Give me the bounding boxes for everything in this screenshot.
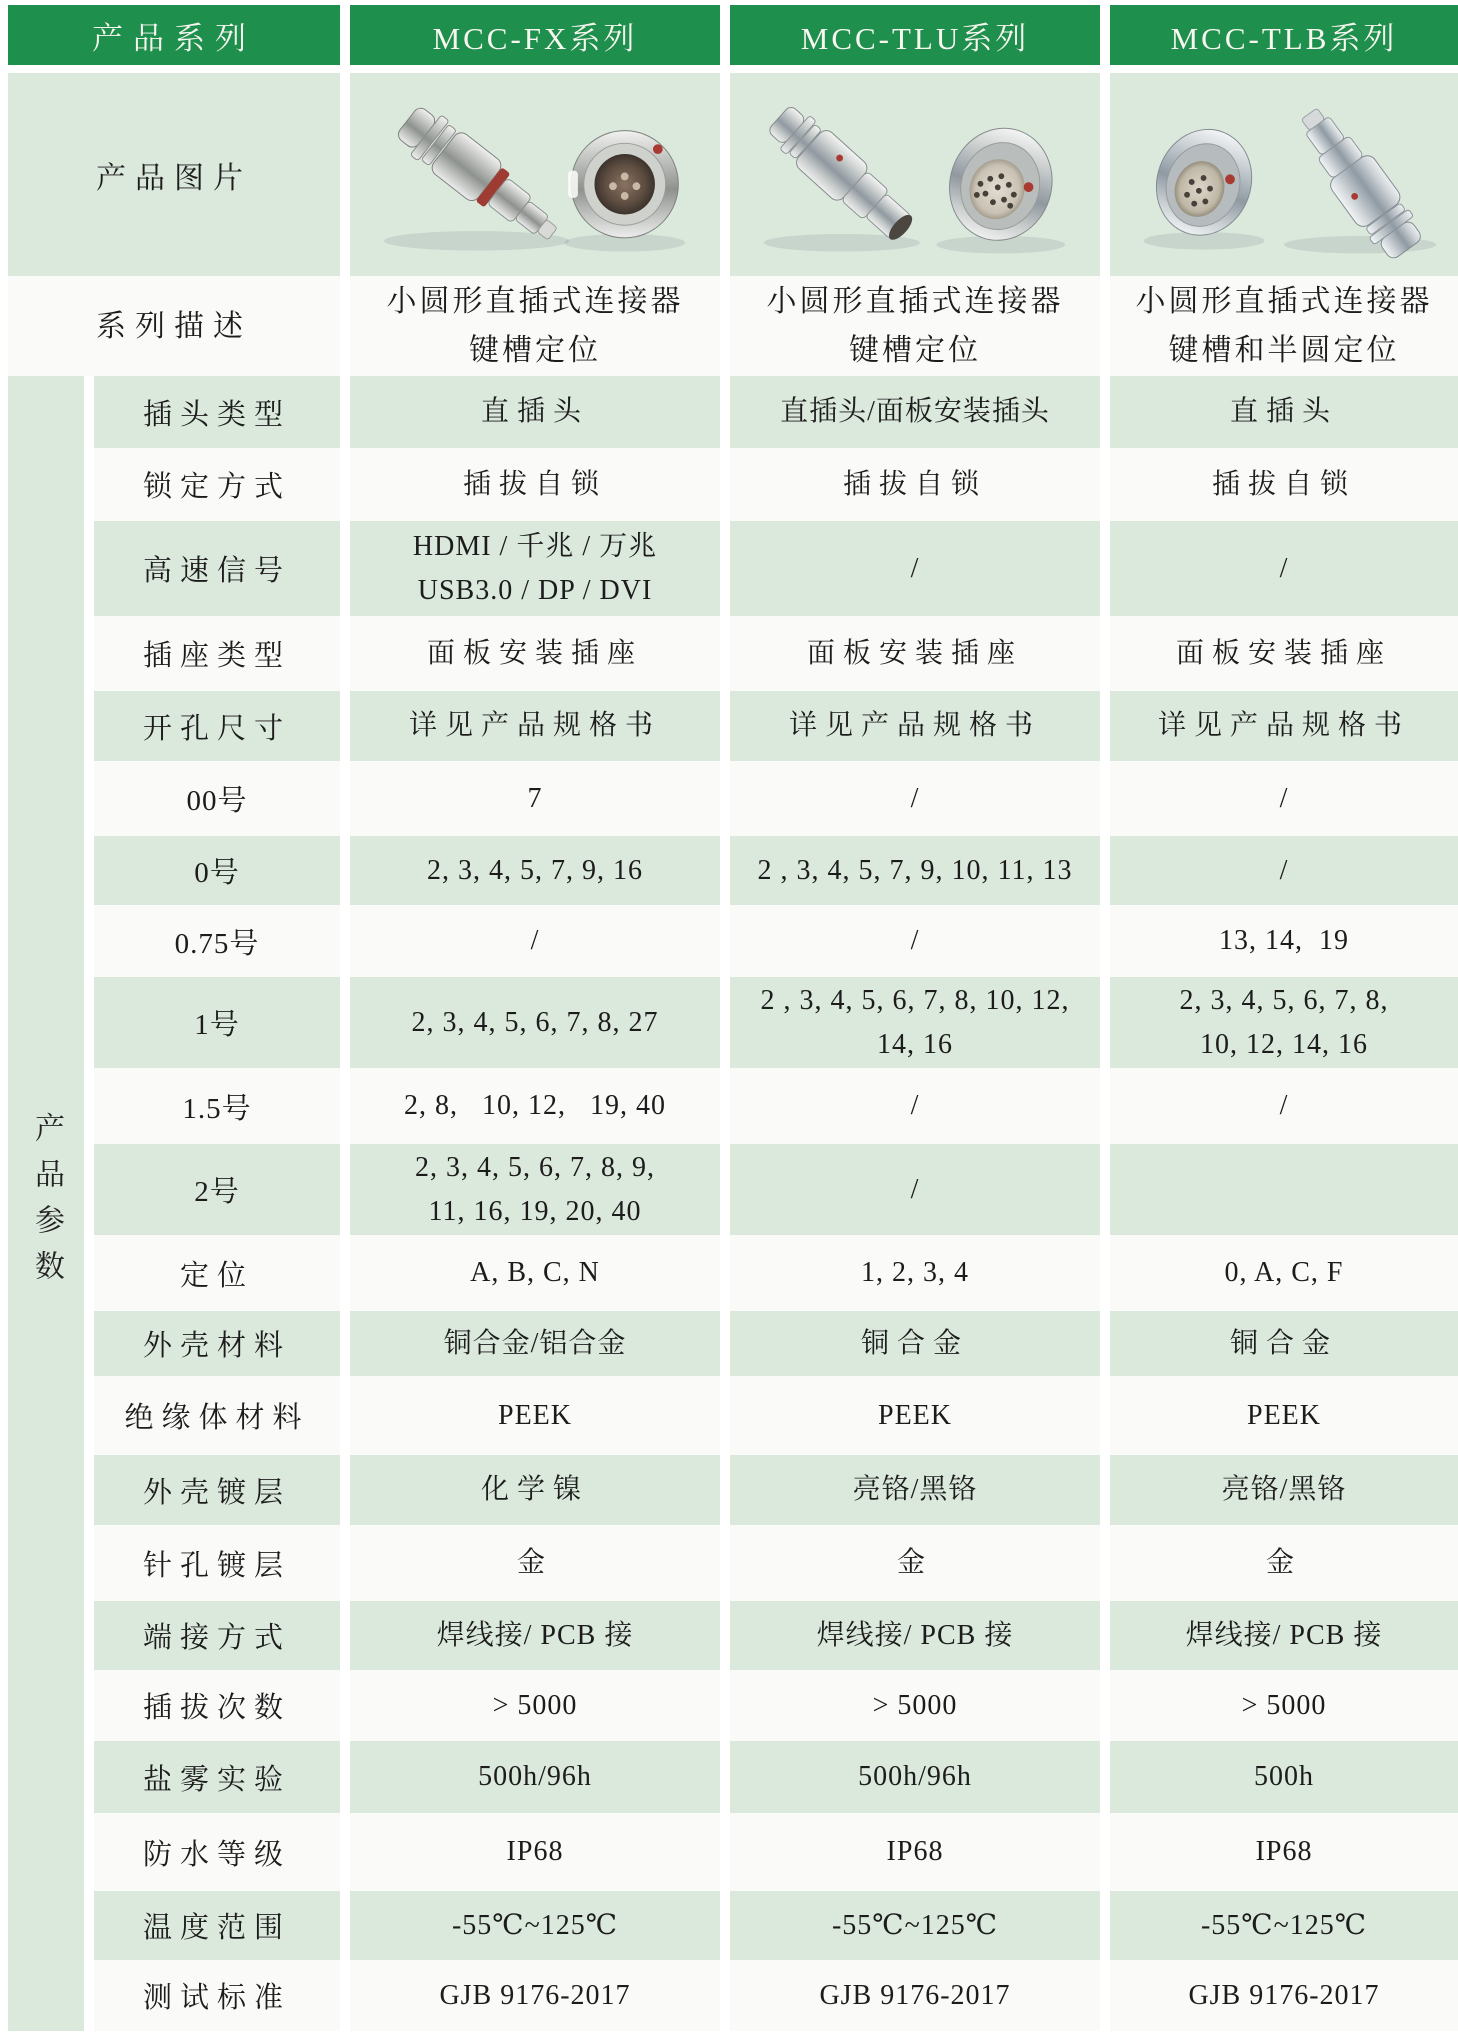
- param-value: 500h/96h: [350, 1741, 720, 1813]
- param-value: 化学镍: [350, 1455, 720, 1525]
- param-label: 0.75号: [94, 905, 340, 977]
- table-row: 绝缘体材料PEEKPEEKPEEK: [94, 1376, 1458, 1455]
- param-label: 0号: [94, 836, 340, 905]
- mcc-tlb-product-photo: [1110, 73, 1458, 276]
- param-value: -55℃~125℃: [350, 1891, 720, 1960]
- param-label: 外壳材料: [94, 1311, 340, 1376]
- param-value: 1, 2, 3, 4: [730, 1235, 1100, 1311]
- fx-receptacle: [568, 131, 678, 238]
- param-value: 2, 3, 4, 5, 6, 7, 8, 9, 11, 16, 19, 20, …: [350, 1144, 720, 1235]
- table-row: 外壳材料铜合金/铝合金铜合金铜合金: [94, 1311, 1458, 1376]
- table-row: 外壳镀层化学镍亮铬/黑铬亮铬/黑铬: [94, 1455, 1458, 1525]
- param-value: 2, 3, 4, 5, 6, 7, 8, 27: [350, 977, 720, 1068]
- param-label: 针孔镀层: [94, 1525, 340, 1601]
- side-label-text: 产品参数: [24, 1112, 68, 1296]
- desc-mcc-tlu: 小圆形直插式连接器 键槽定位: [730, 276, 1100, 376]
- table-row: 高速信号HDMI / 千兆 / 万兆 USB3.0 / DP / DVI//: [94, 521, 1458, 616]
- param-value: /: [1110, 521, 1458, 616]
- table-row: 开孔尺寸详见产品规格书详见产品规格书详见产品规格书: [94, 691, 1458, 761]
- param-value: PEEK: [730, 1376, 1100, 1455]
- param-value: 详见产品规格书: [350, 691, 720, 761]
- param-label: 防水等级: [94, 1813, 340, 1891]
- param-value: GJB 9176-2017: [1110, 1960, 1458, 2031]
- param-value: /: [730, 761, 1100, 836]
- param-label: 插拔次数: [94, 1670, 340, 1741]
- param-value: 2 , 3, 4, 5, 6, 7, 8, 10, 12, 14, 16: [730, 977, 1100, 1068]
- param-value: 面板安装插座: [1110, 616, 1458, 691]
- param-value: 2, 3, 4, 5, 7, 9, 16: [350, 836, 720, 905]
- param-value: 500h/96h: [730, 1741, 1100, 1813]
- param-value: 2, 8, 10, 12, 19, 40: [350, 1068, 720, 1144]
- param-label: 绝缘体材料: [94, 1376, 340, 1455]
- param-value: 0, A, C, F: [1110, 1235, 1458, 1311]
- table-row: 针孔镀层金金金: [94, 1525, 1458, 1601]
- param-value: > 5000: [730, 1670, 1100, 1741]
- param-value: 插拔自锁: [350, 448, 720, 521]
- param-value: 金: [1110, 1525, 1458, 1601]
- param-value: /: [730, 1068, 1100, 1144]
- param-value: /: [350, 905, 720, 977]
- param-label: 温度范围: [94, 1891, 340, 1960]
- table-row: 盐雾实验500h/96h500h/96h500h: [94, 1741, 1458, 1813]
- param-value: [1110, 1144, 1458, 1235]
- mcc-fx-connector-image: [355, 77, 715, 272]
- table-row: 定位A, B, C, N1, 2, 3, 40, A, C, F: [94, 1235, 1458, 1311]
- param-value: > 5000: [1110, 1670, 1458, 1741]
- param-value: 焊线接/ PCB 接: [730, 1601, 1100, 1670]
- mcc-tlb-connector-image: [1110, 77, 1458, 272]
- param-value: /: [730, 1144, 1100, 1235]
- param-value: 2, 3, 4, 5, 6, 7, 8, 10, 12, 14, 16: [1110, 977, 1458, 1068]
- mcc-fx-product-photo: [350, 73, 720, 276]
- table-row: 1号2, 3, 4, 5, 6, 7, 8, 272 , 3, 4, 5, 6,…: [94, 977, 1458, 1068]
- param-value: /: [730, 521, 1100, 616]
- param-value: /: [730, 905, 1100, 977]
- spec-table: 产品系列 MCC-FX系列 MCC-TLU系列 MCC-TLB系列 产品图片: [0, 0, 1458, 2031]
- param-label: 1.5号: [94, 1068, 340, 1144]
- param-value: 13, 14, 19: [1110, 905, 1458, 977]
- param-value: /: [1110, 836, 1458, 905]
- table-row: 插座类型面板安装插座面板安装插座面板安装插座: [94, 616, 1458, 691]
- param-value: HDMI / 千兆 / 万兆 USB3.0 / DP / DVI: [350, 521, 720, 616]
- table-row: 端接方式焊线接/ PCB 接焊线接/ PCB 接焊线接/ PCB 接: [94, 1601, 1458, 1670]
- param-label: 定位: [94, 1235, 340, 1311]
- param-value: 亮铬/黑铬: [730, 1455, 1100, 1525]
- table-row: 插拔次数> 5000> 5000> 5000: [94, 1670, 1458, 1741]
- param-value: 金: [350, 1525, 720, 1601]
- table-row: 测试标准GJB 9176-2017GJB 9176-2017GJB 9176-2…: [94, 1960, 1458, 2031]
- mcc-tlu-product-photo: [730, 73, 1100, 276]
- desc-mcc-tlb: 小圆形直插式连接器 键槽和半圆定位: [1110, 276, 1458, 376]
- table-row: 0.75号//13, 14, 19: [94, 905, 1458, 977]
- param-value: 金: [730, 1525, 1100, 1601]
- param-value: 焊线接/ PCB 接: [350, 1601, 720, 1670]
- param-label: 盐雾实验: [94, 1741, 340, 1813]
- param-label: 锁定方式: [94, 448, 340, 521]
- header-product-series: 产品系列: [8, 5, 340, 65]
- param-value: 500h: [1110, 1741, 1458, 1813]
- tlu-plug: [763, 100, 922, 250]
- side-label-product-parameters: 产品参数: [8, 376, 84, 2031]
- header-mcc-tlu: MCC-TLU系列: [730, 5, 1100, 65]
- param-value: 详见产品规格书: [1110, 691, 1458, 761]
- tlb-receptacle: [1142, 116, 1267, 249]
- param-value: 插拔自锁: [730, 448, 1100, 521]
- param-value: 直插头/面板安装插头: [730, 376, 1100, 448]
- param-value: IP68: [730, 1813, 1100, 1891]
- param-value: 2 , 3, 4, 5, 7, 9, 10, 11, 13: [730, 836, 1100, 905]
- table-row: 2号2, 3, 4, 5, 6, 7, 8, 9, 11, 16, 19, 20…: [94, 1144, 1458, 1235]
- photo-row-label: 产品图片: [8, 73, 340, 276]
- tlu-receptacle: [935, 115, 1066, 254]
- param-label: 插座类型: [94, 616, 340, 691]
- product-photo-row: 产品图片: [8, 73, 1458, 276]
- param-value: 直插头: [350, 376, 720, 448]
- mcc-tlu-connector-image: [735, 77, 1095, 272]
- param-value: /: [1110, 761, 1458, 836]
- param-value: GJB 9176-2017: [730, 1960, 1100, 2031]
- param-label: 插头类型: [94, 376, 340, 448]
- param-value: 详见产品规格书: [730, 691, 1100, 761]
- table-row: 00号7//: [94, 761, 1458, 836]
- param-value: 面板安装插座: [730, 616, 1100, 691]
- param-label: 00号: [94, 761, 340, 836]
- param-value: 面板安装插座: [350, 616, 720, 691]
- table-row: 温度范围-55℃~125℃-55℃~125℃-55℃~125℃: [94, 1891, 1458, 1960]
- param-value: PEEK: [1110, 1376, 1458, 1455]
- param-value: 直插头: [1110, 376, 1458, 448]
- table-row: 防水等级IP68IP68IP68: [94, 1813, 1458, 1891]
- parameter-rows: 插头类型直插头直插头/面板安装插头直插头锁定方式插拔自锁插拔自锁插拔自锁高速信号…: [94, 376, 1458, 2031]
- header-mcc-fx: MCC-FX系列: [350, 5, 720, 65]
- table-row: 锁定方式插拔自锁插拔自锁插拔自锁: [94, 448, 1458, 521]
- param-label: 高速信号: [94, 521, 340, 616]
- param-label: 1号: [94, 977, 340, 1068]
- header-mcc-tlb: MCC-TLB系列: [1110, 5, 1458, 65]
- param-value: A, B, C, N: [350, 1235, 720, 1311]
- desc-row-label: 系列描述: [8, 276, 340, 376]
- param-value: GJB 9176-2017: [350, 1960, 720, 2031]
- param-value: 铜合金: [1110, 1311, 1458, 1376]
- param-label: 2号: [94, 1144, 340, 1235]
- table-row: 1.5号2, 8, 10, 12, 19, 40//: [94, 1068, 1458, 1144]
- fx-plug: [392, 100, 568, 253]
- param-value: -55℃~125℃: [730, 1891, 1100, 1960]
- param-value: 焊线接/ PCB 接: [1110, 1601, 1458, 1670]
- param-label: 开孔尺寸: [94, 691, 340, 761]
- param-value: IP68: [350, 1813, 720, 1891]
- param-value: > 5000: [350, 1670, 720, 1741]
- param-value: 亮铬/黑铬: [1110, 1455, 1458, 1525]
- param-value: 铜合金/铝合金: [350, 1311, 720, 1376]
- param-label: 外壳镀层: [94, 1455, 340, 1525]
- param-label: 端接方式: [94, 1601, 340, 1670]
- table-row: 0号2, 3, 4, 5, 7, 9, 162 , 3, 4, 5, 7, 9,…: [94, 836, 1458, 905]
- desc-mcc-fx: 小圆形直插式连接器 键槽定位: [350, 276, 720, 376]
- table-header-row: 产品系列 MCC-FX系列 MCC-TLU系列 MCC-TLB系列: [8, 5, 1458, 65]
- param-value: -55℃~125℃: [1110, 1891, 1458, 1960]
- param-value: 铜合金: [730, 1311, 1100, 1376]
- param-value: /: [1110, 1068, 1458, 1144]
- param-value: PEEK: [350, 1376, 720, 1455]
- table-row: 插头类型直插头直插头/面板安装插头直插头: [94, 376, 1458, 448]
- param-value: 插拔自锁: [1110, 448, 1458, 521]
- param-value: IP68: [1110, 1813, 1458, 1891]
- series-description-row: 系列描述 小圆形直插式连接器 键槽定位 小圆形直插式连接器 键槽定位 小圆形直插…: [8, 276, 1458, 376]
- parameters-body: 产品参数 插头类型直插头直插头/面板安装插头直插头锁定方式插拔自锁插拔自锁插拔自…: [8, 376, 1458, 2031]
- param-value: 7: [350, 761, 720, 836]
- param-label: 测试标准: [94, 1960, 340, 2031]
